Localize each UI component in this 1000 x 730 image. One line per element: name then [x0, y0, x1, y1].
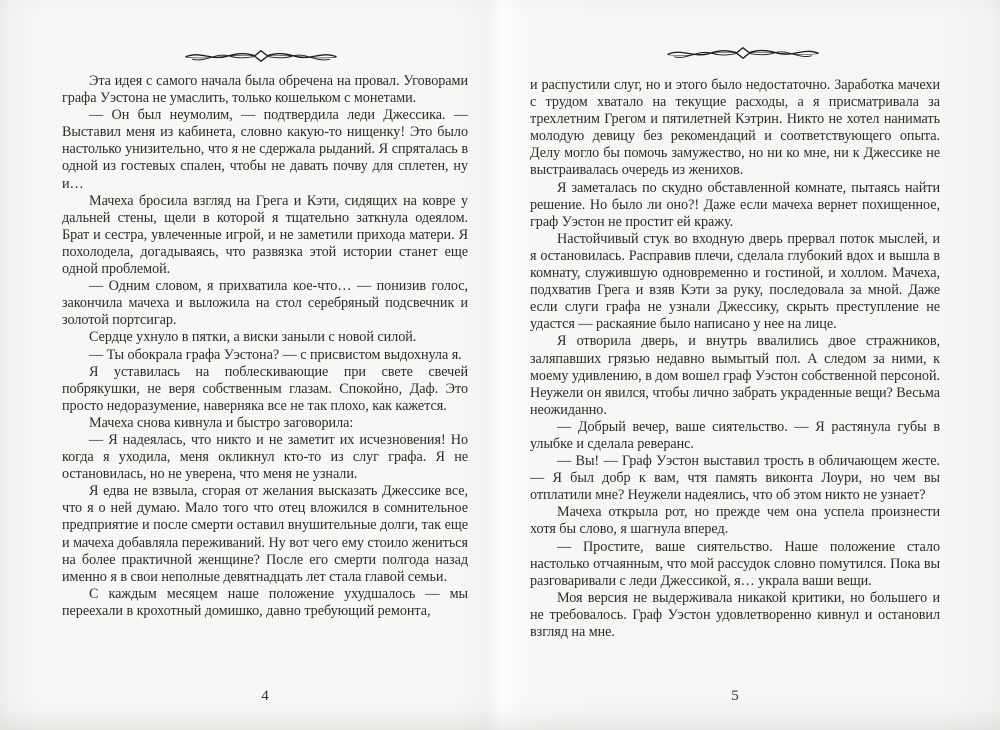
paragraph: — Он был неумолим, — подтвердила леди Дж…	[62, 107, 468, 192]
ornament-divider-icon	[664, 44, 822, 61]
page-number-left: 4	[62, 688, 468, 705]
paragraph: Я уставилась на поблескивающие при свете…	[62, 364, 468, 415]
page-left-text: Эта идея с самого начала была обречена н…	[62, 73, 468, 690]
paragraph: Моя версия не выдерживала никакой критик…	[530, 590, 940, 641]
book-spread: Эта идея с самого начала была обречена н…	[0, 0, 1000, 730]
ornament-divider-icon	[182, 48, 340, 64]
paragraph: — Простите, ваше сиятельство. Наше полож…	[530, 539, 940, 590]
page-right-text: и распустили слуг, но и этого было недос…	[530, 77, 940, 690]
paragraph: и распустили слуг, но и этого было недос…	[530, 77, 940, 180]
paragraph: Я едва не взвыла, сгорая от желания выск…	[62, 483, 468, 586]
paragraph: Эта идея с самого начала была обречена н…	[62, 73, 468, 107]
paragraph: Мачеха снова кивнула и быстро заговорила…	[62, 415, 468, 432]
paragraph: — Вы! — Граф Уэстон выставил трость в об…	[530, 453, 940, 504]
paragraph: — Я надеялась, что никто и не заметит их…	[62, 432, 468, 483]
paragraph: Мачеха открыла рот, но прежде чем она ус…	[530, 504, 940, 538]
paragraph: — Ты обокрала графа Уэстона? — с присвис…	[62, 347, 468, 364]
paragraph: Настойчивый стук во входную дверь прерва…	[530, 231, 940, 334]
paragraph: Сердце ухнуло в пятки, а виски заныли с …	[62, 329, 468, 346]
paragraph: — Одним словом, я прихватила кое-что… — …	[62, 278, 468, 329]
paragraph: С каждым месяцем наше положение ухудшало…	[62, 586, 468, 620]
page-number-right: 5	[530, 688, 940, 705]
paragraph: — Добрый вечер, ваше сиятельство. — Я ра…	[530, 419, 940, 453]
page-left: Эта идея с самого начала была обречена н…	[0, 0, 500, 730]
paragraph: Я отворила дверь, и внутрь ввалились дво…	[530, 333, 940, 418]
paragraph: Я заметалась по скудно обставленной комн…	[530, 180, 940, 231]
paragraph: Мачеха бросила взгляд на Грега и Кэти, с…	[62, 193, 468, 278]
page-right: и распустили слуг, но и этого было недос…	[500, 0, 1000, 730]
